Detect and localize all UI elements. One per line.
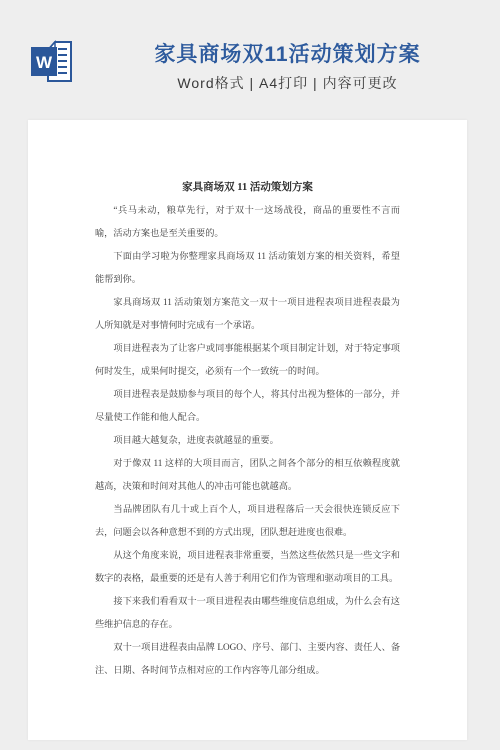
document-paragraph: 项目进程表是鼓励参与项目的每个人，将其付出视为整体的一部分，并尽量使工作能和他人… (95, 383, 400, 429)
document-paragraph: 双十一项目进程表由品牌 LOGO、序号、部门、主要内容、责任人、备注、日期、各时… (95, 636, 400, 682)
document-paragraph: 项目越大越复杂，进度表就越显的重要。 (95, 429, 400, 452)
document-paragraph: 接下来我们看看双十一项目进程表由哪些维度信息组成，为什么会有这些维护信息的存在。 (95, 590, 400, 636)
document-paragraph: 项目进程表为了让客户或同事能根据某个项目制定计划，对于特定事项何时发生，成果何时… (95, 337, 400, 383)
svg-text:W: W (36, 53, 53, 72)
document-paragraph: 下面由学习啦为你整理家具商场双 11 活动策划方案的相关资料，希望能帮到你。 (95, 245, 400, 291)
document-content: 家具商场双 11 活动策划方案 “兵马未动，粮草先行，对于双十一这场战役，商品的… (28, 120, 467, 682)
header-text-block: 家具商场双11活动策划方案 Word格式 | A4打印 | 内容可更改 (75, 42, 500, 93)
document-paragraph: 家具商场双 11 活动策划方案范文一双十一项目进程表项目进程表最为人所知就是对事… (95, 291, 400, 337)
template-preview-page: { "header": { "title": "家具商场双11活动策划方案", … (0, 0, 500, 750)
page-subtitle: Word格式 | A4打印 | 内容可更改 (75, 73, 500, 93)
document-body: “兵马未动，粮草先行，对于双十一这场战役，商品的重要性不言而喻，活动方案也是至关… (95, 199, 400, 682)
document-paragraph: 当品牌团队有几十或上百个人，项目进程落后一天会很快连锁反应下去，问题会以各种意想… (95, 498, 400, 544)
document-title: 家具商场双 11 活动策划方案 (95, 176, 400, 199)
document-paragraph: “兵马未动，粮草先行，对于双十一这场战役，商品的重要性不言而喻，活动方案也是至关… (95, 199, 400, 245)
document-paragraph: 对于像双 11 这样的大项目而言，团队之间各个部分的相互依赖程度就越高，决策和时… (95, 452, 400, 498)
document-paragraph: 从这个角度来说，项目进程表非常重要，当然这些依然只是一些文字和数字的表格，最重要… (95, 544, 400, 590)
header: W 家具商场双11活动策划方案 Word格式 | A4打印 | 内容可更改 (0, 0, 500, 120)
page-title: 家具商场双11活动策划方案 (75, 42, 500, 68)
document-page: 家具商场双 11 活动策划方案 “兵马未动，粮草先行，对于双十一这场战役，商品的… (28, 120, 467, 740)
word-logo-icon: W (31, 40, 75, 84)
